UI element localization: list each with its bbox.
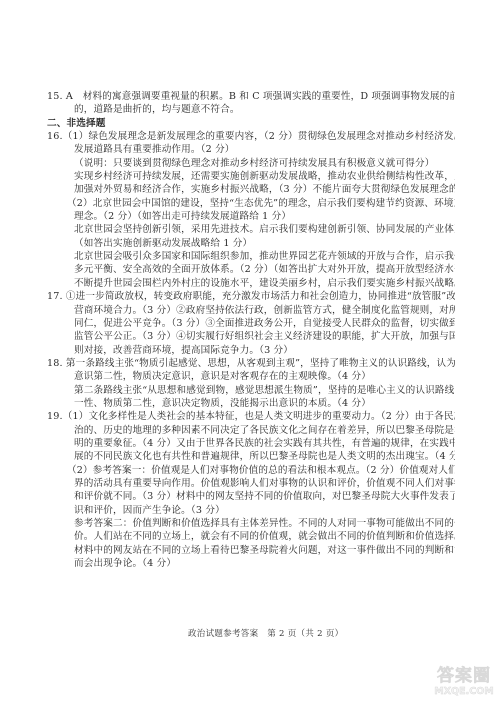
answer-line: 材料中的网友站在不同的立场上看待巴黎圣母院着火问题，对这一事件做出不同的判断和评… [47,544,455,557]
answer-line: 18. 第一条路线主张“物质引起感觉、思想，从客观到主观”，坚持了唯物主义的认识… [47,357,455,370]
answer-line: 的，道路是曲折的，均与题意不符合。 [47,103,455,116]
answer-line: 不断提升世园会围栏内外村庄的设施水平，建设美丽乡村，启示我们要实施乡村振兴战略。… [47,277,455,290]
answer-line: 治的、历史的地理的多种因素不同决定了各民族文化之间存在着差异，所以巴黎圣母院是法… [47,424,455,437]
answer-line: 界的活动具有重要导向作用。价值观影响人们对事物的认识和评价，价值观不同人们对事物… [47,477,455,490]
answer-line: 多元平衡、安全高效的全面开放体系。（2 分）（如答出扩大对外开放，提高开放型经济… [47,263,455,276]
answer-line: 营商环境合力。（3 分）②政府坚持依法行政，创新监管方式，健全制度化监管规则，对… [47,304,455,317]
answer-line: 15. A 材料的寓意强调要重视量的积累。B 和 C 项强调实践的重要性，D 项… [47,90,455,103]
page-footer: 政治试题参考答案 第 2 页（共 2 页） [188,627,343,639]
answer-line: 明的重要象征。（4 分）又由于世界各民族的社会实践有其共性，有普遍的规律，在实践… [47,437,455,450]
answer-line: 加强对外贸易和经济合作，实施乡村振兴战略，（3 分）不能片面夸大贯彻绿色发展理念… [47,183,455,196]
answer-line: 意识第二性，物质决定意识，意识是对客观存在的主观映像。（4 分） [47,370,455,383]
answer-line: 参考答案二：价值判断和价值选择具有主体差异性。不同的人对同一事物可能做出不同的价… [47,517,455,530]
answer-line: 北京世园会坚持创新引领，采用先进技术。启示我们要构建创新引领、协同发展的产业体系… [47,223,455,236]
answer-line: 一性、物质第二性，意识决定物质，没能揭示出意识的本质。（4 分） [47,397,455,410]
answer-line: 19.（1）文化多样性是人类社会的基本特征，也是人类文明进步的重要动力。（2 分… [47,410,455,423]
answer-line: 同仁，促进公平竞争。（3 分）③全面推进政务公开，自觉接受人民群众的监督，切实做… [47,317,455,330]
answer-line: 价。人们站在不同的立场上，就会有不同的价值观，就会做出不同的价值判断和价值选择。… [47,530,455,543]
answer-line: （2）北京世园会中国馆的建设，坚持“生态优先”的理念，启示我们要构建节约资源、环… [47,197,455,210]
answer-line: 和评价就不同。（3 分）材料中的网友坚持不同的价值取向，对巴黎圣母院大火事件发表… [47,490,455,503]
answer-line: 监管公平公正。（3 分）④切实履行好组织社会主义经济建设的职能，扩大开放，加强与… [47,330,455,343]
answer-line: 实现乡村经济可持续发展，还需要实施创新驱动发展战略，推动农业供给侧结构性改革，坚… [47,170,455,183]
watermark-url: MXQE.COM [428,686,500,698]
answer-line: 发展道路具有重要推动作用。（2 分） [47,143,455,156]
section-heading: 二、非选择题 [47,117,455,130]
answer-line: 第二条路线主张“从思想和感觉到物，感觉思想派生物质”，坚持的是唯心主义的认识路线… [47,384,455,397]
answer-line: （2）参考答案一：价值观是人们对事物价值的总的看法和根本观点。（2 分）价值观对… [47,464,455,477]
answer-content: 15. A 材料的寓意强调要重视量的积累。B 和 C 项强调实践的重要性，D 项… [47,90,455,570]
answer-line: 17. ①进一步简政放权，转变政府职能，充分激发市场活力和社会创造力，协同推进“… [47,290,455,303]
watermark-logo-text: 答案圈 [428,666,500,686]
answer-line: 16.（1）绿色发展理念是新发展理念的重要内容，（2 分）贯彻绿色发展理念对推动… [47,130,455,143]
answer-line: （如答出实施创新驱动发展战略给 1 分） [47,237,455,250]
answer-line: 理念。（2 分）（如答出走可持续发展道路给 1 分） [47,210,455,223]
answer-line: 展的不同民族文化也有共性和普遍规律，所以巴黎圣母院也是人类文明的杰出瑰宝。（4 … [47,450,455,463]
answer-line: 而会出现争论。（4 分） [47,557,455,570]
answer-line: 识和评价，因而产生争论。（3 分） [47,504,455,517]
answer-key-page: 15. A 材料的寓意强调要重视量的积累。B 和 C 项强调实践的重要性，D 项… [0,0,500,707]
site-watermark: 答案圈 MXQE.COM [428,666,500,707]
answer-line: （说明：只要谈到贯彻绿色理念对推动乡村经济可持续发展具有积极意义就可得分） [47,157,455,170]
answer-line: 则对接，改善营商环境，提高国际竞争力。（3 分） [47,344,455,357]
answer-line: 北京世园会吸引众多国家和国际组织参加，推动世界园艺花卉领域的开放与合作，启示我们… [47,250,455,263]
